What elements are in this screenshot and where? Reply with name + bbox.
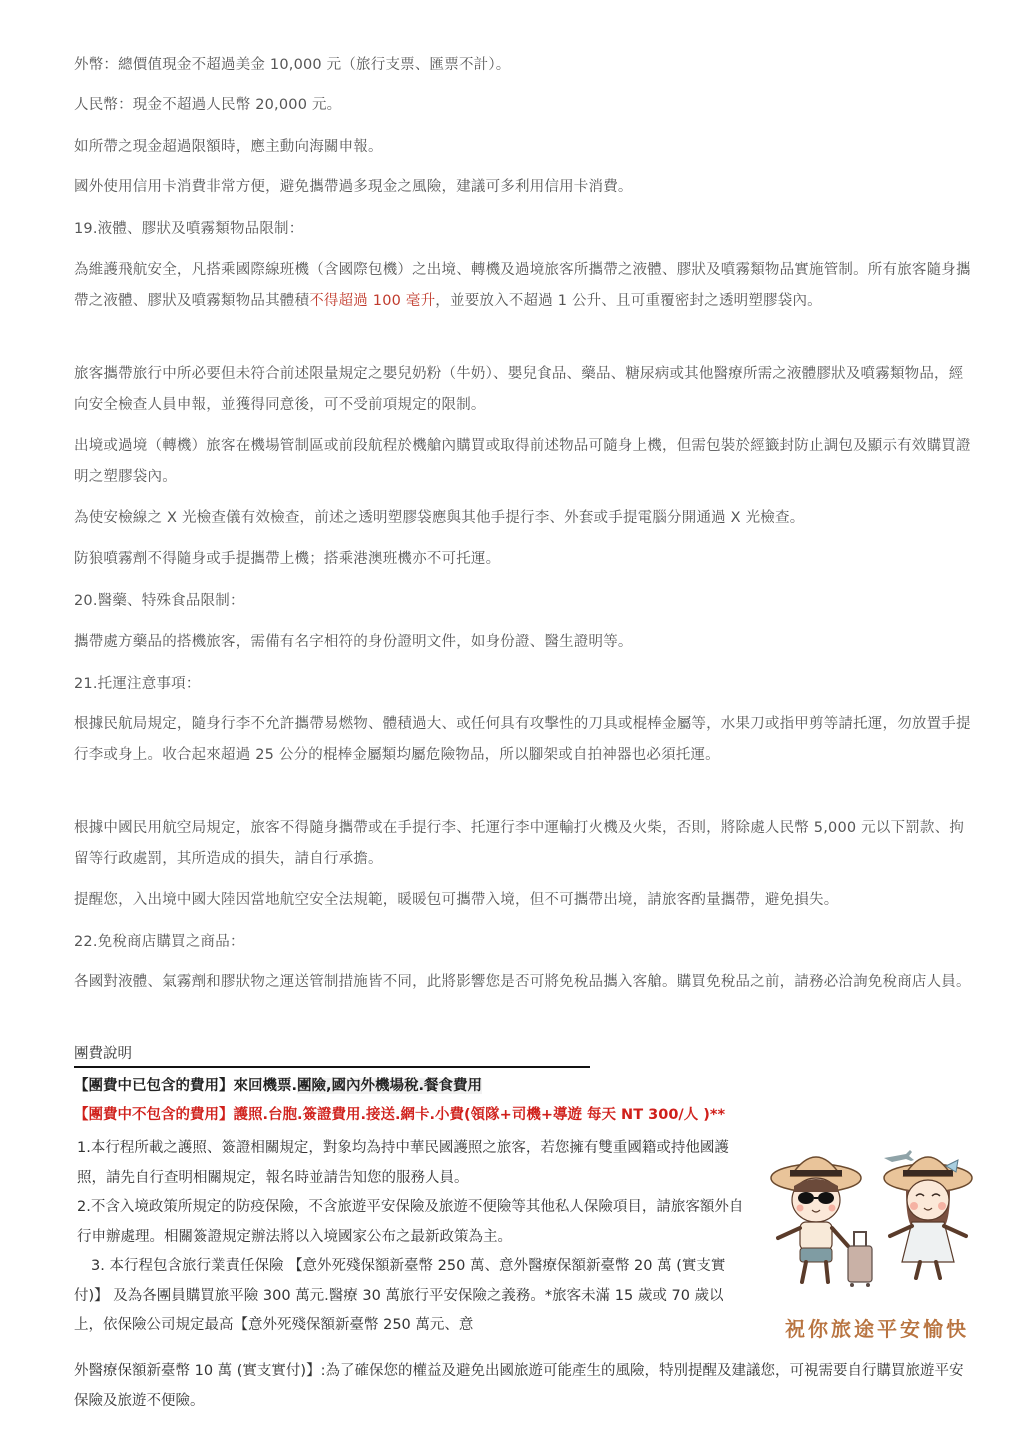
heading-medicine: 20.醫藥、特殊食品限制：: [74, 586, 974, 617]
note-passport: 1.本行程所載之護照、簽證相關規定，對象均為持中華民國護照之旅客，若您擁有雙重國…: [74, 1134, 746, 1193]
fees-included-text: 來回機票.: [234, 1078, 298, 1094]
fees-included-line: 【團費中已包含的費用】來回機票.團險,國內外機場稅.餐食費用: [74, 1075, 482, 1097]
paragraph-checked-caac: 根據民航局規定，隨身行李不允許攜帶易燃物、體積過大、或任何具有攻擊性的刀具或棍棒…: [74, 709, 974, 771]
liquids-limit-highlight: 不得超過 100 毫升: [309, 293, 435, 309]
paragraph-liquids-transit: 出境或過境（轉機）旅客在機場管制區或前段航程於機艙內購買或取得前述物品可隨身上機…: [74, 431, 974, 493]
paragraph-duty-free: 各國對液體、氣霧劑和膠狀物之運送管制措施皆不同，此將影響您是否可將免稅品攜入客艙…: [74, 967, 974, 998]
paragraph-heat-pack: 提醒您，入出境中國大陸因當地航空安全法規範，暖暖包可攜帶入境，但不可攜帶出境，請…: [74, 885, 974, 916]
paragraph-foreign-currency: 外幣：總價值現金不超過美金 10,000 元（旅行支票、匯票不計）。: [74, 50, 974, 81]
paragraph-liquids-rule: 為維護飛航安全，凡搭乘國際線班機（含國際包機）之出境、轉機及過境旅客所攜帶之液體…: [74, 255, 974, 317]
paragraph-credit-card: 國外使用信用卡消費非常方便，避免攜帶過多現金之風險，建議可多利用信用卡消費。: [74, 172, 974, 203]
illustration-caption: 祝你旅途平安愉快: [762, 1313, 992, 1342]
paragraph-medicine: 攜帶處方藥品的搭機旅客，需備有名字相符的身份證明文件，如身份證、醫生證明等。: [74, 627, 974, 658]
liquids-rule-text-after: ，並要放入不超過 1 公升、且可重覆密封之透明塑膠袋內。: [435, 293, 822, 309]
fees-section-title: 團費說明: [74, 1043, 590, 1068]
fees-notes: 1.本行程所載之護照、簽證相關規定，對象均為持中華民國護照之旅客，若您擁有雙重國…: [74, 1134, 746, 1341]
paragraph-liquids-exception: 旅客攜帶旅行中所必要但未符合前述限量規定之嬰兒奶粉（牛奶）、嬰兒食品、藥品、糖尿…: [74, 359, 974, 421]
fees-included-label: 【團費中已包含的費用】: [74, 1078, 234, 1094]
travel-couple-illustration: 祝你旅途平安愉快: [756, 1138, 992, 1346]
fees-excluded-text: 護照.台胞.簽證費用.接送.網卡.小費(領隊+司機+導遊 每天 NT 300/人…: [234, 1107, 726, 1123]
fees-excluded-label: 【團費中不包含的費用】: [74, 1107, 234, 1123]
paragraph-rmb-limit: 人民幣：現金不超過人民幣 20,000 元。: [74, 90, 974, 121]
paragraph-pepper-spray: 防狼噴霧劑不得隨身或手提攜帶上機；搭乘港澳班機亦不可托運。: [74, 544, 974, 575]
heading-checked-baggage: 21.托運注意事項：: [74, 669, 974, 700]
fees-included-highlight: 團險,國內外機場稅.餐食費用: [297, 1078, 482, 1094]
fees-excluded-line: 【團費中不包含的費用】護照.台胞.簽證費用.接送.網卡.小費(領隊+司機+導遊 …: [74, 1104, 725, 1126]
heading-liquids: 19.液體、膠狀及噴霧類物品限制：: [74, 214, 974, 245]
note-liability-insurance: 3. 本行程包含旅行業責任保險 【意外死殘保額新臺幣 250 萬、意外醫療保額新…: [74, 1252, 746, 1341]
paragraph-xray: 為使安檢線之 X 光檢查儀有效檢查，前述之透明塑膠袋應與其他手提行李、外套或手提…: [74, 503, 974, 534]
heading-duty-free: 22.免稅商店購買之商品：: [74, 927, 974, 958]
note-insurance-advice: 外醫療保額新臺幣 10 萬 (實支實付)】:為了確保您的權益及避免出國旅遊可能產…: [74, 1356, 974, 1416]
paragraph-cash-declare: 如所帶之現金超過限額時，應主動向海關申報。: [74, 132, 974, 163]
paragraph-lighter: 根據中國民用航空局規定，旅客不得隨身攜帶或在手提行李、托運行李中運輸打火機及火柴…: [74, 813, 974, 875]
cartoon-couple-icon: [756, 1138, 992, 1318]
note-insurance-exclusion: 2.不含入境政策所規定的防疫保險，不含旅遊平安保險及旅遊不便險等其他私人保險項目…: [74, 1193, 746, 1252]
